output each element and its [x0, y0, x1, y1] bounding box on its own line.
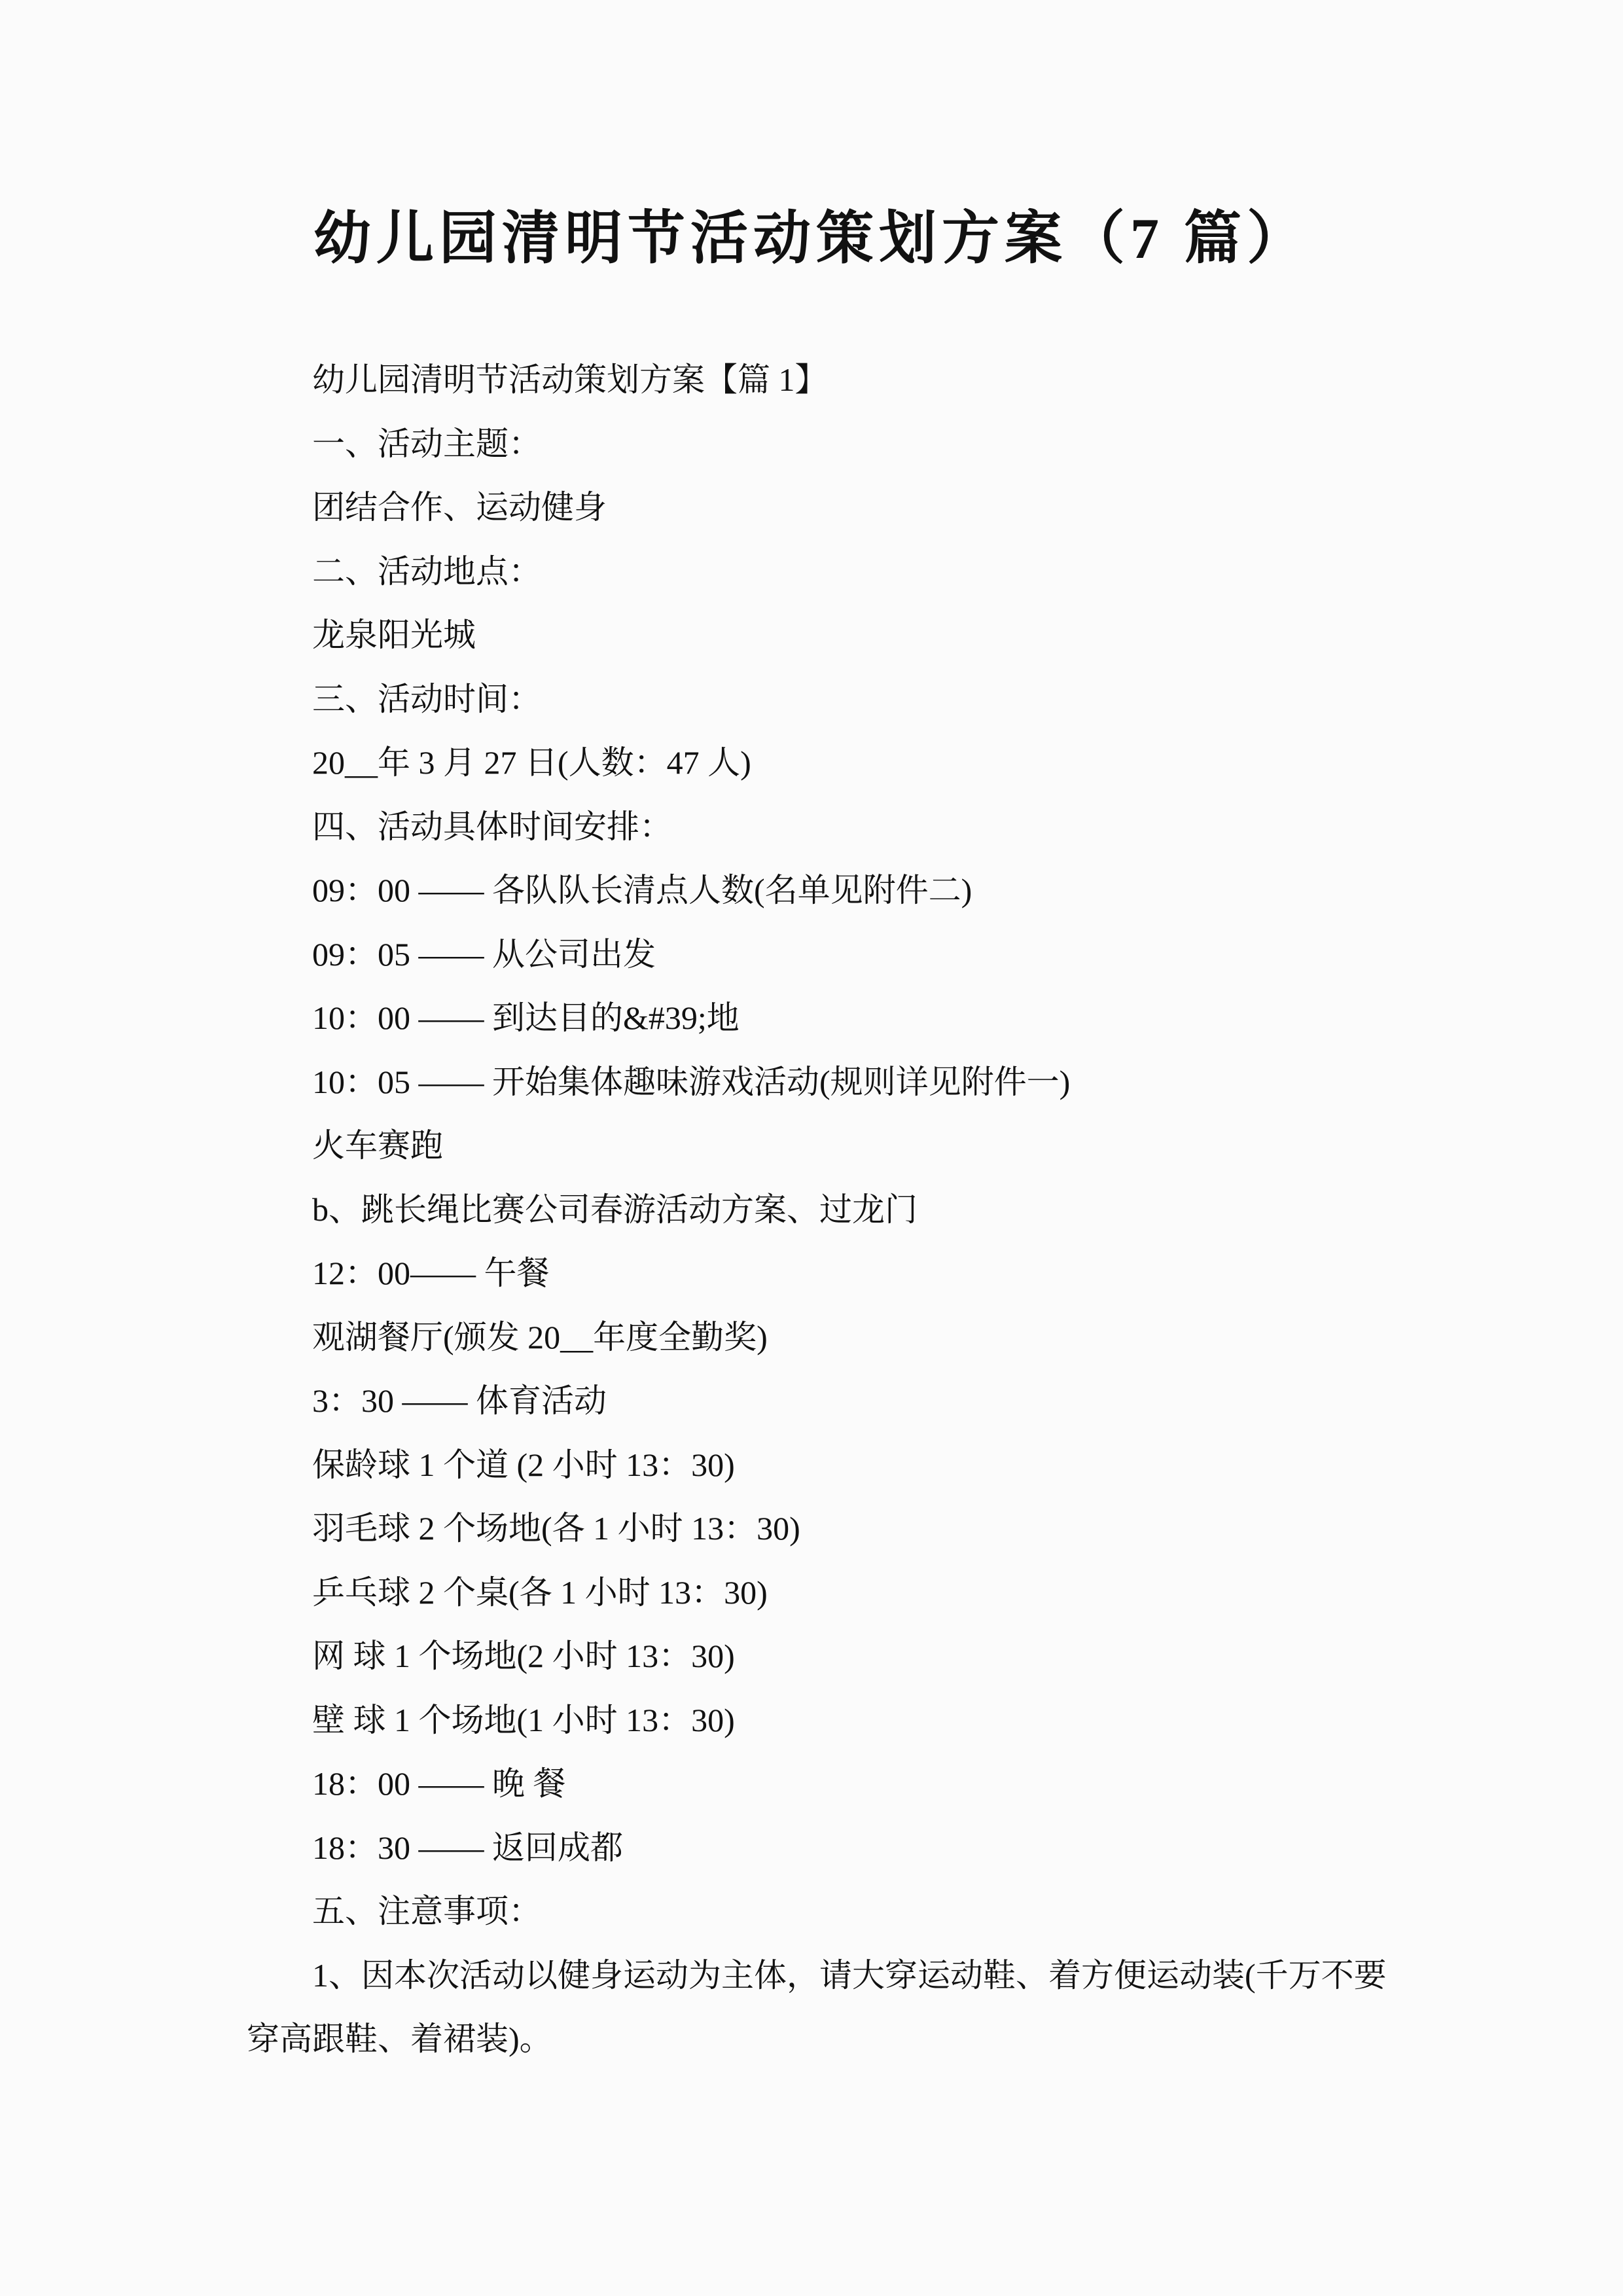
- text-line: 网 球 1 个场地(2 小时 13：30): [247, 1624, 1385, 1689]
- text-line: 12：00—— 午餐: [247, 1242, 1385, 1306]
- document-page: 幼儿园清明节活动策划方案（7 篇） 幼儿园清明节活动策划方案【篇 1】一、活动主…: [0, 0, 1623, 2296]
- text-line: 一、活动主题：: [247, 412, 1385, 476]
- text-line: 二、活动地点：: [247, 540, 1385, 604]
- text-line: 观湖餐厅(颁发 20__年度全勤奖): [247, 1306, 1385, 1370]
- text-line: 三、活动时间：: [247, 668, 1385, 732]
- text-line: 1、因本次活动以健身运动为主体，请大穿运动鞋、着方便运动装(千万不要: [247, 1944, 1385, 2008]
- text-line: 团结合作、运动健身: [247, 476, 1385, 540]
- text-line: 18：00 —— 晚 餐: [247, 1752, 1385, 1816]
- text-line: 10：05 —— 开始集体趣味游戏活动(规则详见附件一): [247, 1050, 1385, 1115]
- document-body: 幼儿园清明节活动策划方案【篇 1】一、活动主题：团结合作、运动健身二、活动地点：…: [247, 348, 1385, 2072]
- text-line: 保龄球 1 个道 (2 小时 13：30): [247, 1433, 1385, 1498]
- text-line: 20__年 3 月 27 日(人数：47 人): [247, 731, 1385, 795]
- text-line: 10：00 —— 到达目的&#39;地: [247, 986, 1385, 1050]
- text-line: 五、注意事项：: [247, 1880, 1385, 1944]
- text-line: 3：30 —— 体育活动: [247, 1369, 1385, 1433]
- text-line: 羽毛球 2 个场地(各 1 小时 13：30): [247, 1497, 1385, 1561]
- text-line: 龙泉阳光城: [247, 603, 1385, 668]
- text-line: b、跳长绳比赛公司春游活动方案、过龙门: [247, 1178, 1385, 1242]
- text-line: 四、活动具体时间安排：: [247, 795, 1385, 859]
- text-line: 乒乓球 2 个桌(各 1 小时 13：30): [247, 1561, 1385, 1625]
- document-title: 幼儿园清明节活动策划方案（7 篇）: [0, 204, 1623, 276]
- text-line: 09：00 —— 各队队长清点人数(名单见附件二): [247, 859, 1385, 923]
- text-line: 09：05 —— 从公司出发: [247, 923, 1385, 987]
- text-line: 18：30 —— 返回成都: [247, 1816, 1385, 1880]
- text-line: 幼儿园清明节活动策划方案【篇 1】: [247, 348, 1385, 412]
- text-line: 穿高跟鞋、着裙装)。: [247, 2007, 1385, 2072]
- text-line: 火车赛跑: [247, 1114, 1385, 1178]
- text-line: 壁 球 1 个场地(1 小时 13：30): [247, 1689, 1385, 1753]
